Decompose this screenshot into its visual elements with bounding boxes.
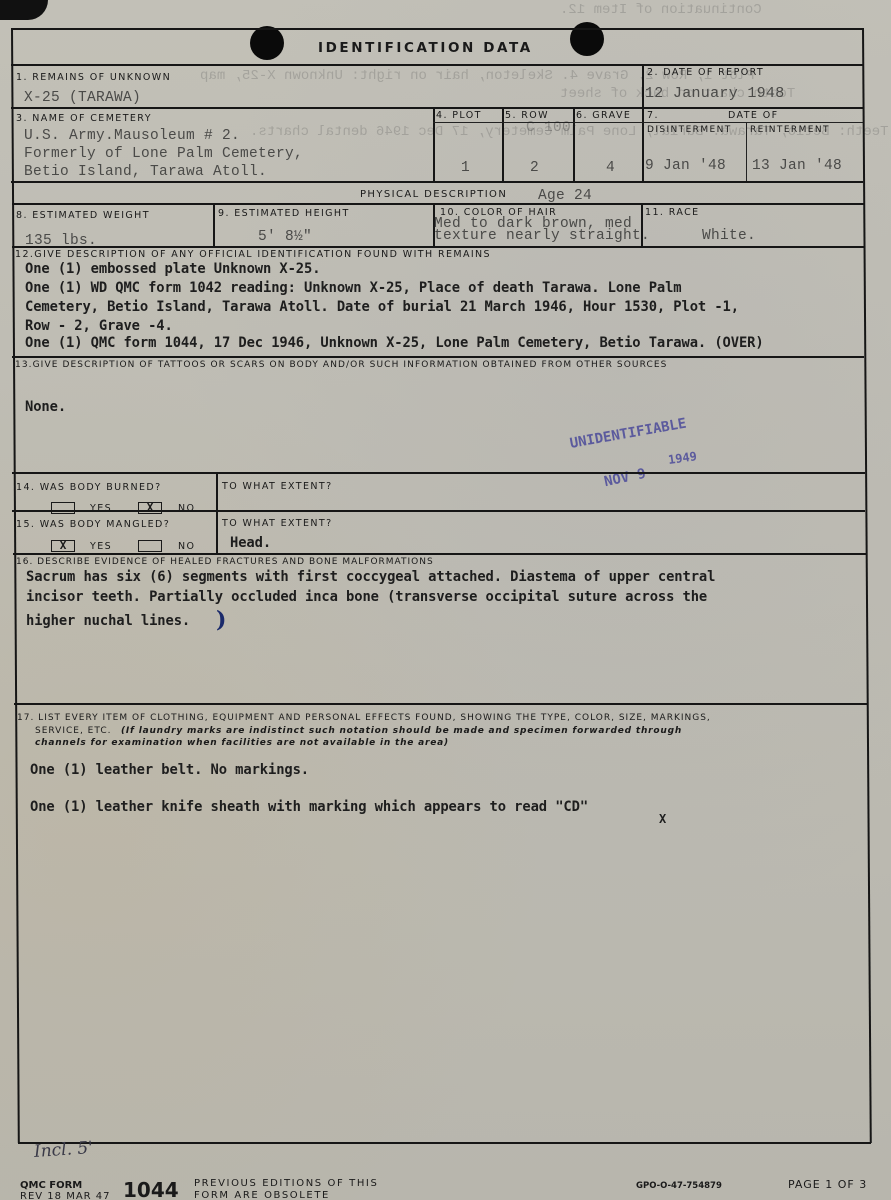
- age-note: Age 24: [538, 188, 592, 204]
- burned-no-checkbox[interactable]: X: [138, 502, 162, 514]
- divider: [216, 472, 218, 553]
- effects-label-line-2b: (If laundry marks are indistinct such no…: [121, 726, 682, 736]
- grave-value: 4: [606, 160, 615, 176]
- mangled-yes-label: YES: [90, 541, 112, 552]
- official-id-line-1: One (1) embossed plate Unknown X-25.: [25, 261, 320, 277]
- fractures-label: 16. DESCRIBE EVIDENCE OF HEALED FRACTURE…: [16, 557, 434, 567]
- fractures-line-1: Sacrum has six (6) segments with first c…: [26, 569, 715, 585]
- remains-value: X-25 (TARAWA): [24, 90, 141, 106]
- cemetery-line-1: U.S. Army.Mausoleum # 2.: [24, 128, 240, 144]
- burned-no-label: NO: [178, 503, 195, 514]
- cemetery-label: 3. NAME OF CEMETERY: [16, 113, 152, 124]
- effects-label-line-1: 17. LIST EVERY ITEM OF CLOTHING, EQUIPME…: [17, 713, 711, 723]
- divider: [12, 246, 864, 248]
- disinterment-value: 9 Jan '48: [645, 158, 726, 174]
- reinterment-label: REINTERMENT: [750, 125, 830, 135]
- official-id-line-3: Cemetery, Betio Island, Tarawa Atoll. Da…: [25, 299, 739, 315]
- footer-form-number: 1044: [123, 1178, 179, 1200]
- hair-line-2: texture nearly straight.: [434, 229, 650, 243]
- effects-item-1: One (1) leather belt. No markings.: [30, 762, 309, 778]
- burned-extent-label: TO WHAT EXTENT?: [222, 481, 333, 492]
- race-value: White.: [702, 228, 756, 244]
- footer-printer-code: GPO-O-47-754879: [636, 1181, 722, 1191]
- disinterment-label: DISINTERMENT: [647, 125, 732, 135]
- divider: [433, 122, 863, 123]
- divider: [11, 181, 863, 183]
- frame-top: [11, 28, 864, 30]
- mangled-yes-checkbox[interactable]: X: [51, 540, 75, 552]
- height-label: 9. ESTIMATED HEIGHT: [218, 208, 350, 219]
- ink-bracket-mark: ): [216, 607, 226, 633]
- physical-description-heading: PHYSICAL DESCRIPTION: [360, 189, 507, 200]
- mangled-no-checkbox[interactable]: [138, 540, 162, 552]
- remains-label: 1. REMAINS OF UNKNOWN: [16, 72, 171, 83]
- cemetery-line-3: Betio Island, Tarawa Atoll.: [24, 164, 267, 180]
- burned-label: 14. WAS BODY BURNED?: [16, 482, 162, 493]
- effects-marking-sub: X: [659, 812, 666, 826]
- burned-yes-label: YES: [90, 503, 112, 514]
- divider: [746, 122, 747, 181]
- official-id-line-5: One (1) QMC form 1044, 17 Dec 1946, Unkn…: [25, 335, 764, 351]
- tattoos-value: None.: [25, 399, 66, 415]
- divider: [433, 107, 435, 181]
- official-id-line-2: One (1) WD QMC form 1042 reading: Unknow…: [25, 280, 682, 296]
- effects-label-line-3: channels for examination when facilities…: [35, 738, 449, 748]
- footer-notice-line-2: FORM ARE OBSOLETE: [194, 1190, 330, 1200]
- official-id-label: 12.GIVE DESCRIPTION OF ANY OFFICIAL IDEN…: [15, 249, 491, 260]
- divider: [11, 64, 863, 66]
- mangled-extent-label: TO WHAT EXTENT?: [222, 518, 333, 529]
- punch-hole-left: [250, 26, 284, 60]
- divider: [12, 472, 865, 474]
- grave-label: 6. GRAVE: [576, 110, 631, 121]
- date-of-report-value: 12 January 1948: [645, 85, 785, 102]
- effects-label-line-2a: SERVICE, ETC.: [35, 726, 111, 736]
- cemetery-line-2: Formerly of Lone Palm Cemetery,: [24, 146, 303, 162]
- burned-yes-checkbox[interactable]: [51, 502, 75, 514]
- mangled-no-label: NO: [178, 541, 195, 552]
- footer-form-prefix-text: QMC FORM: [20, 1180, 82, 1191]
- divider: [213, 203, 215, 247]
- height-value: 5' 8½": [258, 229, 312, 245]
- date-of-report-label: 2. DATE OF REPORT: [647, 67, 764, 78]
- date-of-number: 7.: [647, 110, 659, 121]
- fractures-line-3: higher nuchal lines.: [26, 613, 190, 629]
- bleed-through-text: Continuation of Item 12.: [560, 2, 762, 18]
- row-label: 5. ROW: [505, 110, 549, 121]
- divider: [12, 203, 864, 205]
- divider: [11, 107, 863, 109]
- official-id-line-4: Row - 2, Grave -4.: [25, 318, 173, 334]
- race-label: 11. RACE: [645, 207, 700, 218]
- divider: [502, 107, 504, 181]
- mangled-extent-value: Head.: [230, 535, 271, 551]
- plot-label: 4. PLOT: [436, 110, 482, 121]
- footer-revision: REV 18 MAR 47: [20, 1191, 111, 1200]
- reinterment-value: 13 Jan '48: [752, 158, 842, 174]
- divider: [641, 203, 643, 247]
- effects-item-2: One (1) leather knife sheath with markin…: [30, 799, 588, 815]
- tattoos-label: 13.GIVE DESCRIPTION OF TATTOOS OR SCARS …: [15, 360, 668, 370]
- form-title: IDENTIFICATION DATA: [318, 40, 533, 56]
- handwritten-enclosure-note: Incl. 5': [33, 1138, 93, 1162]
- divider: [573, 107, 575, 181]
- plot-value: 1: [461, 160, 470, 176]
- fractures-line-2: incisor teeth. Partially occluded inca b…: [26, 589, 707, 605]
- divider: [12, 510, 865, 512]
- divider: [13, 553, 866, 555]
- row-value: 2: [530, 160, 539, 176]
- footer-page-number: PAGE 1 OF 3: [788, 1178, 867, 1191]
- divider: [14, 703, 867, 705]
- divider: [12, 356, 864, 358]
- date-of-heading: DATE OF: [728, 110, 778, 121]
- footer-notice-line-1: PREVIOUS EDITIONS OF THIS: [194, 1178, 378, 1189]
- frame-bottom: [18, 1142, 871, 1144]
- weight-label: 8. ESTIMATED WEIGHT: [16, 210, 150, 221]
- footer-form-prefix: QMC FORM: [20, 1180, 82, 1191]
- mangled-label: 15. WAS BODY MANGLED?: [16, 519, 170, 530]
